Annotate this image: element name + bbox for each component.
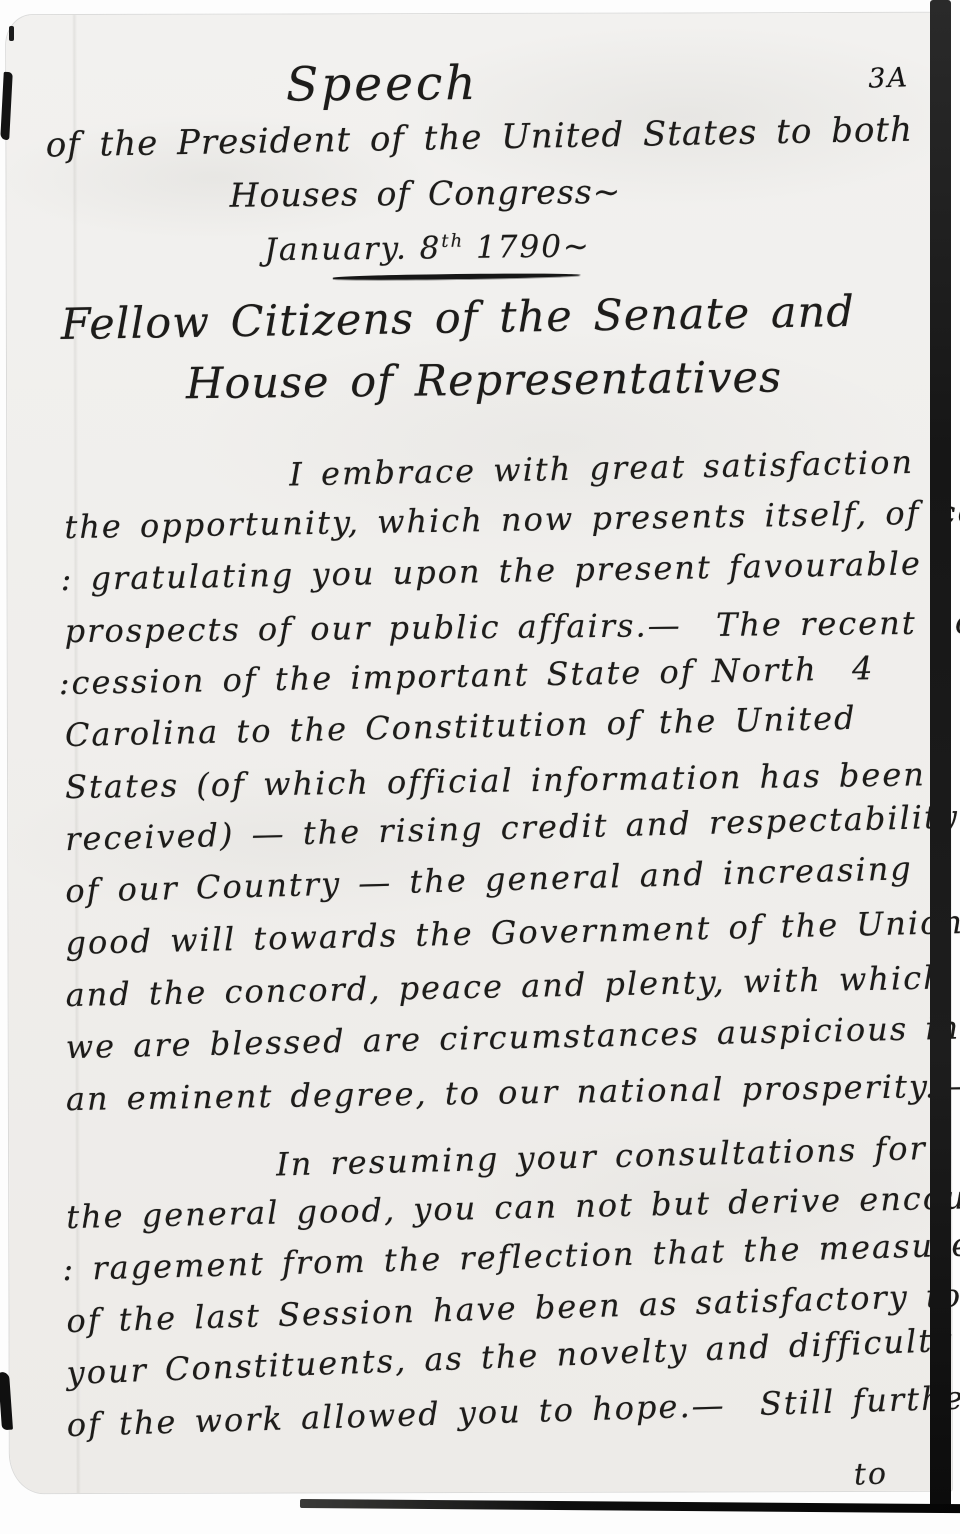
manuscript-scan: 3A Speech of the President of the United…	[0, 0, 960, 1534]
torn-edge-mark	[9, 26, 14, 41]
catchword: to	[853, 1456, 888, 1492]
paragraph-2: In resuming your consultations for the g…	[66, 1137, 947, 1451]
bottom-edge-shadow	[300, 1499, 960, 1513]
date-line: January. 8th 1790~	[0, 213, 899, 278]
date-year: 1790~	[464, 228, 591, 265]
date-main: January. 8	[264, 230, 441, 268]
salutation: Fellow Citizens of the Senate and House …	[7, 294, 949, 416]
binding-shadow-right	[930, 0, 951, 1507]
salutation-line: Fellow Citizens of the Senate and	[0, 281, 929, 357]
salutation-line: House of Representatives	[13, 346, 956, 417]
document-header: Speech of the President of the United St…	[6, 55, 949, 278]
paragraph-1: I embrace with great satisfaction the op…	[64, 447, 946, 1125]
date-superscript: th	[441, 231, 464, 252]
manuscript-page: 3A Speech of the President of the United…	[6, 13, 952, 1493]
